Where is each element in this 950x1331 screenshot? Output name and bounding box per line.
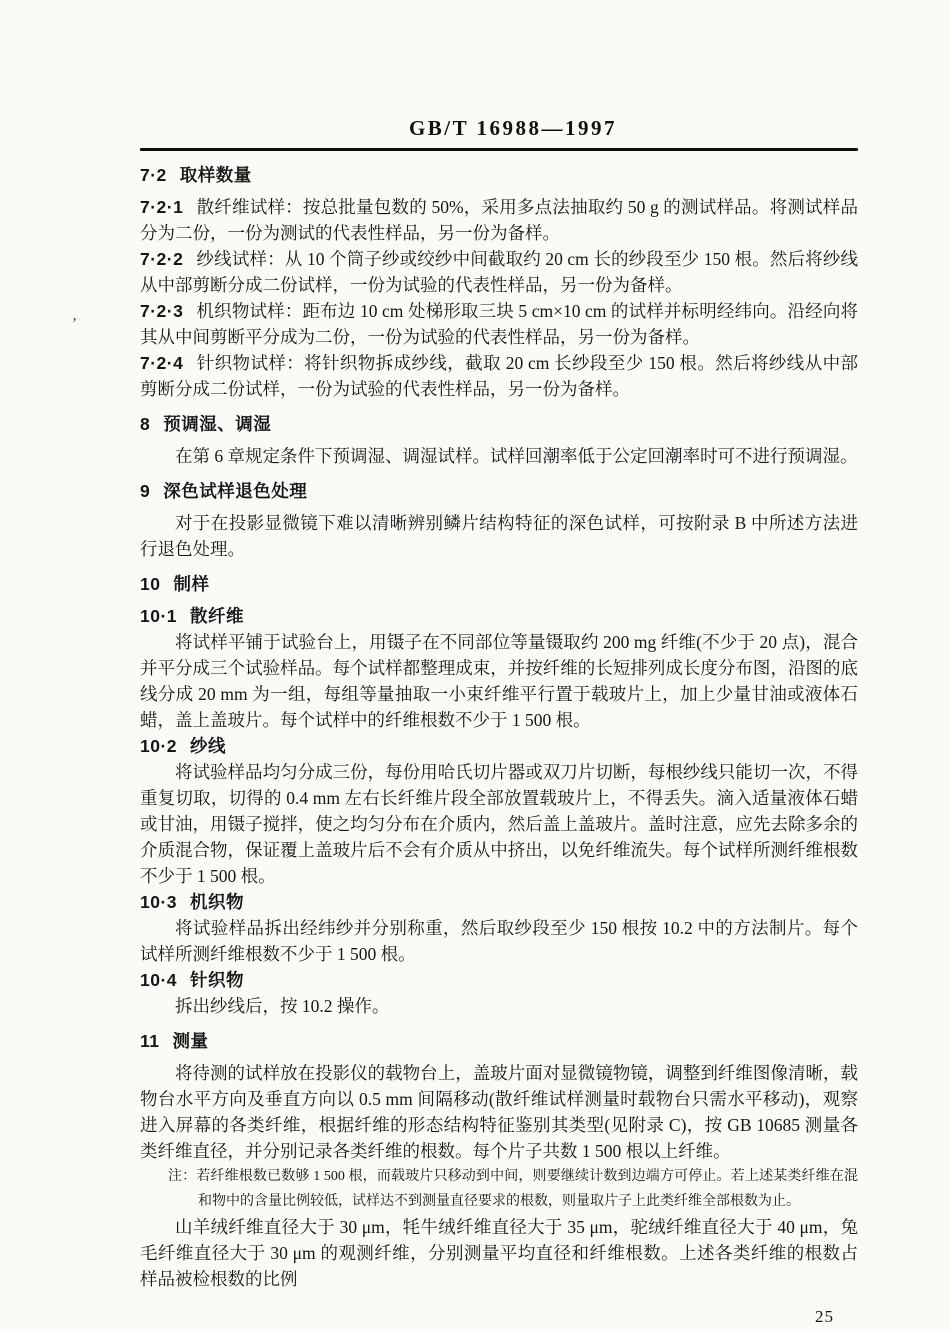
paragraph-text: 在第 6 章规定条件下预调湿、调湿试样。试样回潮率低于公定回潮率时可不进行预调湿…	[175, 446, 858, 466]
clause-number: 7·2·2	[140, 249, 183, 269]
page-content: GB/T 16988—1997 7·2取样数量7·2·1散纤维试样：按总批量包数…	[140, 116, 858, 1327]
clause-number: 7·2·3	[140, 301, 183, 321]
header-rule	[140, 148, 858, 151]
clause-number: 7·2·1	[140, 197, 183, 217]
section-heading: 9深色试样退色处理	[140, 478, 858, 504]
paragraph-text: 若纤维根数已数够 1 500 根，而载玻片只移动到中间，则要继续计数到边端方可停…	[196, 1169, 858, 1209]
heading-title: 制样	[173, 574, 209, 594]
heading-title: 深色试样退色处理	[163, 481, 307, 501]
document-body: 7·2取样数量7·2·1散纤维试样：按总批量包数的 50%，采用多点法抽取约 5…	[140, 162, 858, 1292]
body-paragraph: 将待测的试样放在投影仪的载物台上，盖玻片面对显微镜物镜，调整到纤维图像清晰，载物…	[140, 1060, 858, 1164]
section-heading: 10制样	[140, 571, 858, 597]
clause-paragraph: 7·2·2纱线试样：从 10 个筒子纱或绞纱中间截取约 20 cm 长的纱段至少…	[140, 246, 858, 298]
body-paragraph: 对于在投影显微镜下难以清晰辨别鳞片结构特征的深色试样，可按附录 B 中所述方法进…	[140, 510, 858, 562]
clause-paragraph: 7·2·1散纤维试样：按总批量包数的 50%，采用多点法抽取约 50 g 的测试…	[140, 194, 858, 246]
document-page: ʼ GB/T 16988—1997 7·2取样数量7·2·1散纤维试样：按总批量…	[0, 0, 950, 1331]
standard-code: GB/T 16988—1997	[409, 116, 617, 140]
clause-number: 10·1	[140, 606, 177, 626]
section-heading: 8预调湿、调湿	[140, 411, 858, 437]
body-paragraph: 拆出纱线后，按 10.2 操作。	[140, 993, 858, 1019]
paragraph-text: 对于在投影显微镜下难以清晰辨别鳞片结构特征的深色试样，可按附录 B 中所述方法进…	[140, 513, 858, 559]
paragraph-text: 纱线试样：从 10 个筒子纱或绞纱中间截取约 20 cm 长的纱段至少 150 …	[140, 249, 858, 295]
clause-number: 7·2	[140, 165, 167, 185]
clause-number: 10·4	[140, 970, 177, 990]
subsection-heading: 10·1散纤维	[140, 603, 858, 629]
paragraph-text: 散纤维试样：按总批量包数的 50%，采用多点法抽取约 50 g 的测试样品。将测…	[140, 197, 858, 243]
clause-number: 10·3	[140, 892, 177, 912]
paragraph-text: 山羊绒纤维直径大于 30 μm，牦牛绒纤维直径大于 35 μm，驼绒纤维直径大于…	[140, 1217, 858, 1289]
page-number: 25	[815, 1307, 834, 1326]
clause-number: 7·2·4	[140, 353, 183, 373]
body-paragraph: 将试验样品拆出经纬纱并分别称重，然后取纱段至少 150 根按 10.2 中的方法…	[140, 915, 858, 967]
clause-number: 10	[140, 574, 160, 594]
paragraph-text: 将试验样品拆出经纬纱并分别称重，然后取纱段至少 150 根按 10.2 中的方法…	[140, 918, 858, 964]
body-paragraph: 将试样平铺于试验台上，用镊子在不同部位等量镊取约 200 mg 纤维(不少于 2…	[140, 629, 858, 733]
clause-paragraph: 7·2·4针织物试样：将针织物拆成纱线，截取 20 cm 长纱段至少 150 根…	[140, 350, 858, 402]
section-heading: 7·2取样数量	[140, 162, 858, 188]
heading-title: 测量	[173, 1031, 209, 1051]
heading-title: 散纤维	[190, 606, 244, 626]
section-heading: 11测量	[140, 1028, 858, 1054]
note-paragraph: 注：若纤维根数已数够 1 500 根，而载玻片只移动到中间，则要继续计数到边端方…	[140, 1164, 858, 1214]
clause-number: 8	[140, 414, 150, 434]
paragraph-text: 机织物试样：距布边 10 cm 处梯形取三块 5 cm×10 cm 的试样并标明…	[140, 301, 858, 347]
subsection-heading: 10·3机织物	[140, 889, 858, 915]
scan-artifact-mark: ʼ	[72, 316, 77, 333]
clause-paragraph: 7·2·3机织物试样：距布边 10 cm 处梯形取三块 5 cm×10 cm 的…	[140, 298, 858, 350]
heading-title: 纱线	[190, 736, 226, 756]
paragraph-text: 针织物试样：将针织物拆成纱线，截取 20 cm 长纱段至少 150 根。然后将纱…	[140, 353, 858, 399]
paragraph-text: 将试样平铺于试验台上，用镊子在不同部位等量镊取约 200 mg 纤维(不少于 2…	[140, 632, 858, 730]
heading-title: 取样数量	[180, 165, 252, 185]
note-label: 注：	[168, 1169, 196, 1184]
body-paragraph: 在第 6 章规定条件下预调湿、调湿试样。试样回潮率低于公定回潮率时可不进行预调湿…	[140, 443, 858, 469]
page-footer: 25	[140, 1307, 858, 1327]
clause-number: 10·2	[140, 736, 177, 756]
subsection-heading: 10·2纱线	[140, 733, 858, 759]
paragraph-text: 将试验样品均匀分成三份，每份用哈氏切片器或双刀片切断，每根纱线只能切一次，不得重…	[140, 762, 858, 886]
body-paragraph: 将试验样品均匀分成三份，每份用哈氏切片器或双刀片切断，每根纱线只能切一次，不得重…	[140, 759, 858, 889]
heading-title: 针织物	[190, 970, 244, 990]
subsection-heading: 10·4针织物	[140, 967, 858, 993]
heading-title: 预调湿、调湿	[163, 414, 271, 434]
clause-number: 9	[140, 481, 150, 501]
paragraph-text: 拆出纱线后，按 10.2 操作。	[175, 996, 389, 1016]
clause-number: 11	[140, 1031, 160, 1051]
heading-title: 机织物	[190, 892, 244, 912]
paragraph-text: 将待测的试样放在投影仪的载物台上，盖玻片面对显微镜物镜，调整到纤维图像清晰，载物…	[140, 1063, 858, 1161]
body-paragraph: 山羊绒纤维直径大于 30 μm，牦牛绒纤维直径大于 35 μm，驼绒纤维直径大于…	[140, 1214, 858, 1292]
page-header: GB/T 16988—1997	[154, 116, 872, 141]
